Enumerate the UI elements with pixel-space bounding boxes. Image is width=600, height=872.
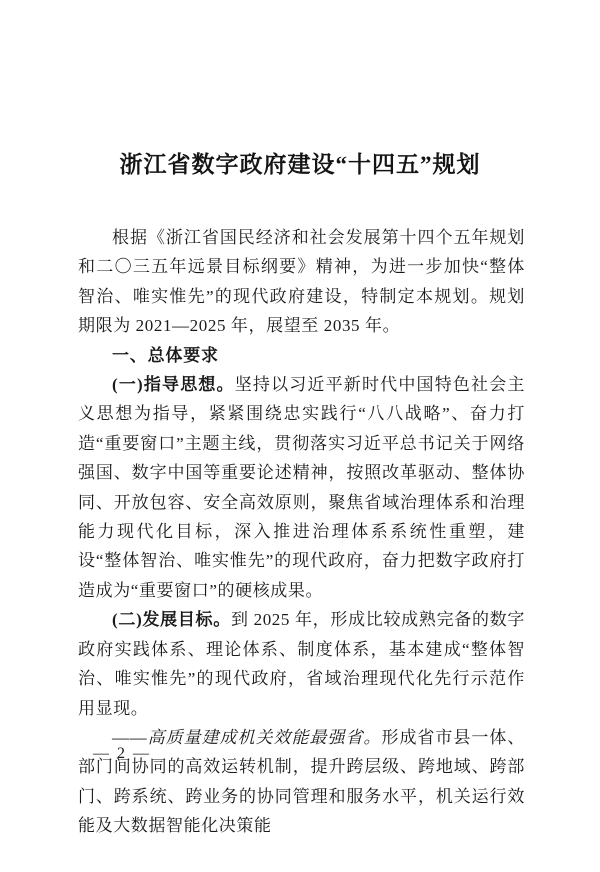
text-segment-normal: 坚持以习近平新时代中国特色社会主义思想为指导，紧紧围绕忠实践行“八八战略”、奋力…: [78, 375, 525, 600]
section-heading: 一、总体要求: [78, 341, 525, 370]
text-segment-normal: 根据《浙江省国民经济和社会发展第十四个五年规划和二〇三五年远景目标纲要》精神，为…: [78, 228, 525, 335]
text-segment-bold: (二)发展目标。: [112, 610, 231, 629]
document-title: 浙江省数字政府建设“十四五”规划: [0, 149, 600, 180]
page-number: — 2 —: [93, 745, 151, 763]
paragraph: (一)指导思想。坚持以习近平新时代中国特色社会主义思想为指导，紧紧围绕忠实践行“…: [78, 370, 525, 605]
paragraph: 根据《浙江省国民经济和社会发展第十四个五年规划和二〇三五年远景目标纲要》精神，为…: [78, 223, 525, 341]
document-page: 浙江省数字政府建设“十四五”规划 根据《浙江省国民经济和社会发展第十四个五年规划…: [0, 0, 600, 872]
text-segment-kaiti: 高质量建成机关效能最强省。: [147, 728, 381, 747]
text-segment-heading: 一、总体要求: [112, 346, 219, 365]
paragraph: (二)发展目标。到 2025 年，形成比较成熟完备的数字政府实践体系、理论体系、…: [78, 605, 525, 723]
text-segment-bold: (一)指导思想。: [112, 375, 235, 394]
paragraph: ——高质量建成机关效能最强省。形成省市县一体、部门间协同的高效运转机制，提升跨层…: [78, 723, 525, 841]
